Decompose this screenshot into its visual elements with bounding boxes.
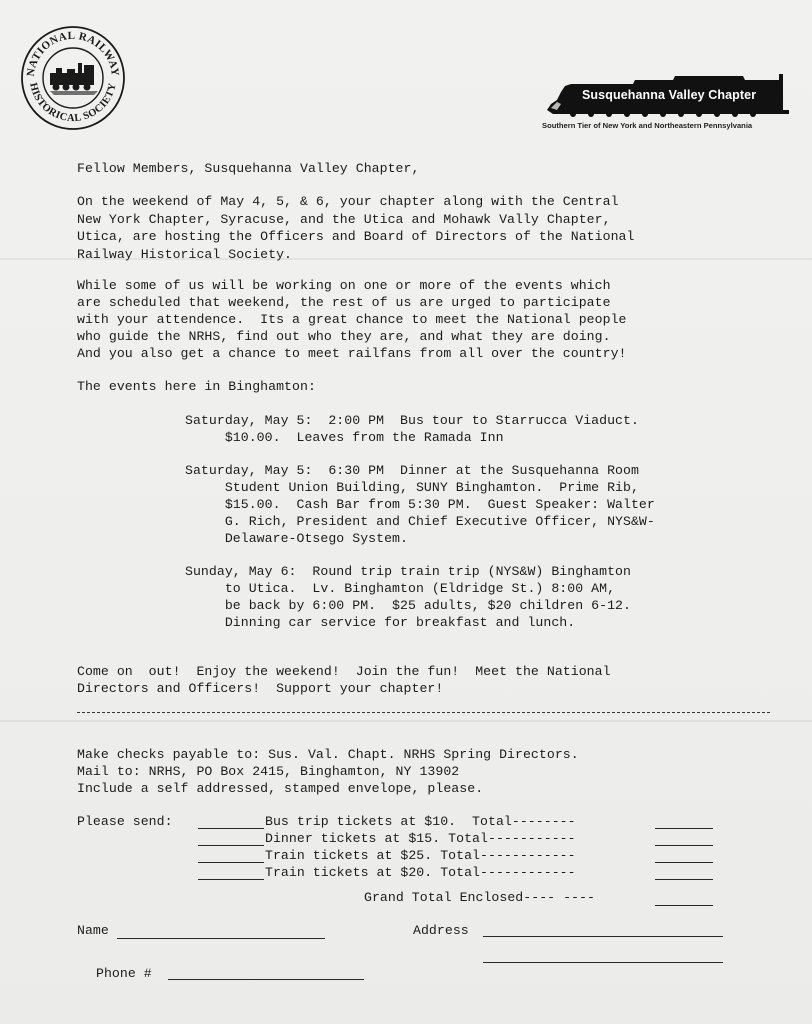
chapter-subtitle: Southern Tier of New York and Northeaste… [542,121,752,130]
address-line1-field[interactable] [483,936,723,937]
train-adult-quantity-field[interactable] [198,862,264,863]
train-adult-total-field[interactable] [655,862,713,863]
name-field[interactable] [117,938,325,939]
events-intro: The events here in Binghamton: [77,378,316,396]
phone-label: Phone # [96,965,152,983]
address-line2-field[interactable] [483,962,723,963]
bus-quantity-field[interactable] [198,828,264,829]
bus-total-field[interactable] [655,828,713,829]
grand-total-field[interactable] [655,905,713,906]
name-label: Name [77,922,109,940]
please-send-label: Please send: [77,813,173,831]
dinner-quantity-field[interactable] [198,845,264,846]
salutation: Fellow Members, Susquehanna Valley Chapt… [77,160,419,178]
nrhs-seal-locomotive-icon: NATIONAL RAILWAY HISTORICAL SOCIETY [20,25,126,131]
cut-line-divider [77,712,770,713]
train-child-total-field[interactable] [655,879,713,880]
paper-fold [0,720,812,722]
dinner-total-field[interactable] [655,845,713,846]
phone-field[interactable] [168,979,364,980]
train-child-quantity-field[interactable] [198,879,264,880]
letter-page: NATIONAL RAILWAY HISTORICAL SOCIETY [0,0,812,1024]
chapter-name: Susquehanna Valley Chapter [582,88,756,102]
address-label: Address [413,922,469,940]
